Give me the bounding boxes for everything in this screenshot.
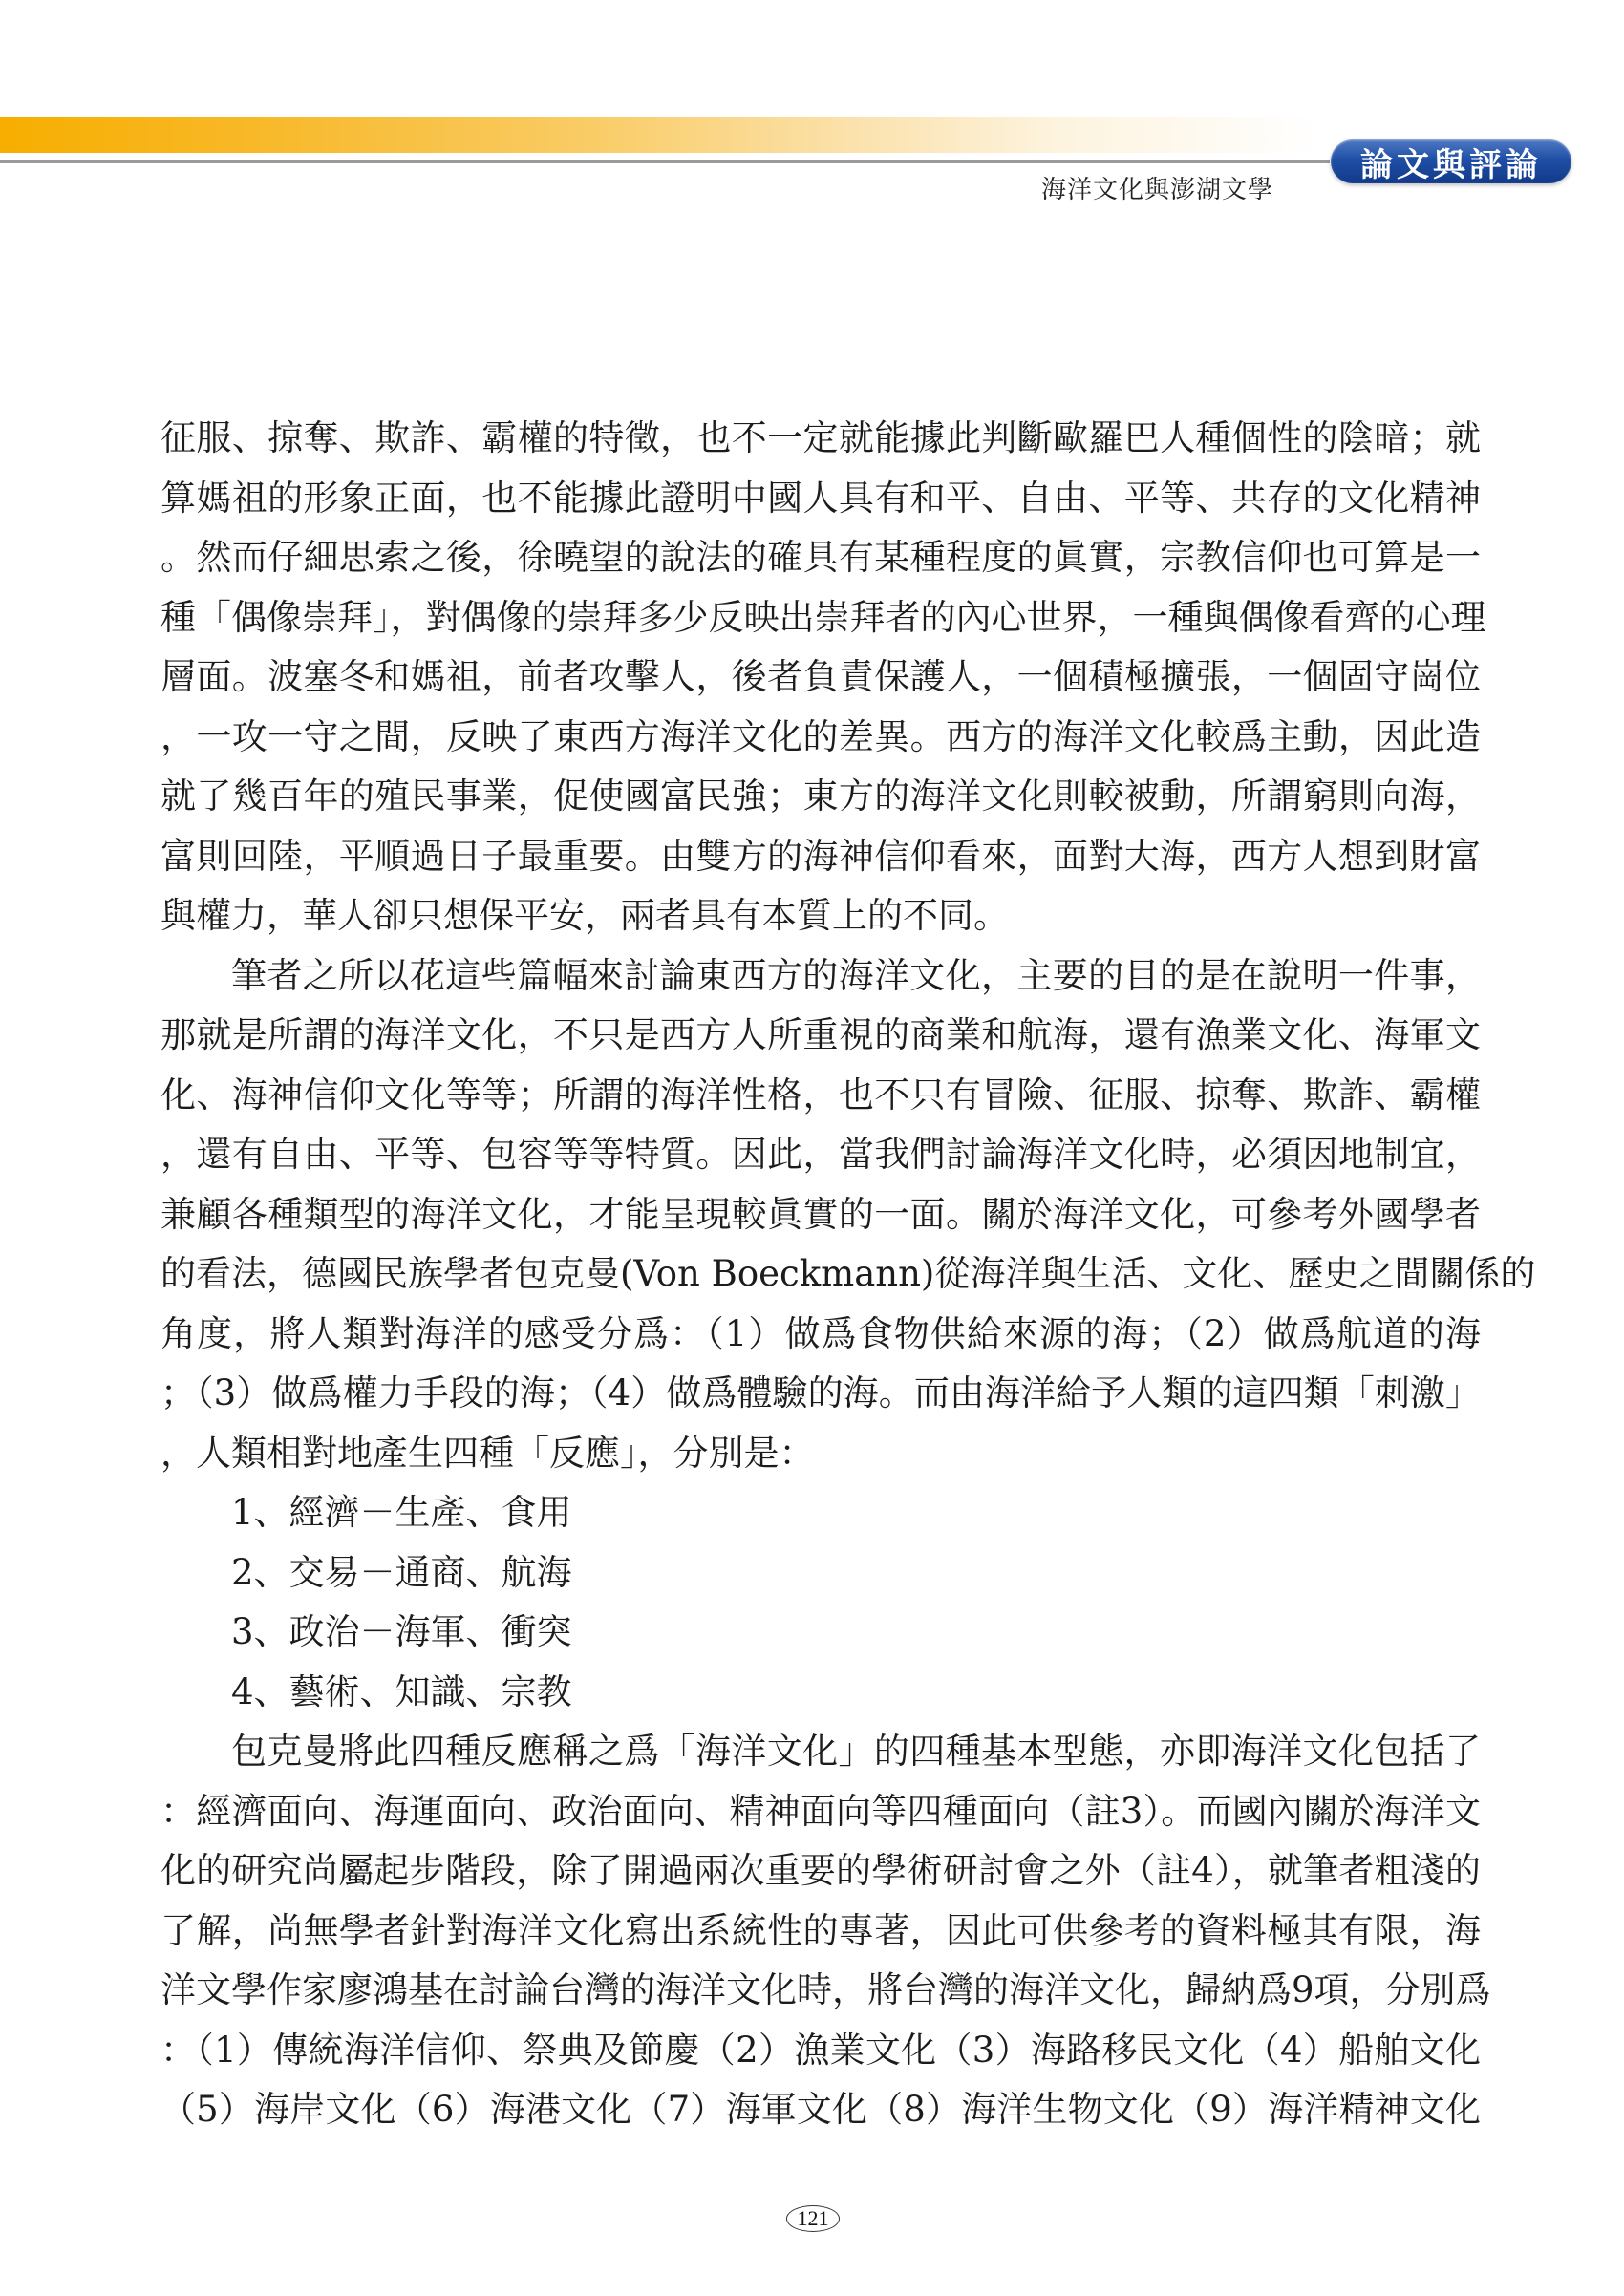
- text-line: 角度，將人類對海洋的感受分爲：（1）做爲食物供給來源的海；（2）做爲航道的海: [160, 1305, 1481, 1365]
- text-line: 了解，尚無學者針對海洋文化寫出系統性的專著，因此可供參考的資料極其有限，海: [160, 1902, 1481, 1962]
- text-line: 就了幾百年的殖民事業，促使國富民強；東方的海洋文化則較被動，所謂窮則向海，: [160, 767, 1481, 827]
- text-line: 。然而仔細思索之後，徐曉望的說法的確具有某種程度的眞實，宗教信仰也可算是一: [160, 528, 1481, 588]
- text-line: 化、海神信仰文化等等；所謂的海洋性格，也不只有冒險、征服、掠奪、欺詐、霸權: [160, 1066, 1481, 1126]
- text-line: 洋文學作家廖鴻基在討論台灣的海洋文化時，將台灣的海洋文化，歸納爲9項，分別爲: [160, 1961, 1481, 2021]
- header-decor-bar: [0, 117, 1318, 153]
- body-text: 征服、掠奪、欺詐、霸權的特徵，也不一定就能據此判斷歐羅巴人種個性的陰暗；就 算媽…: [160, 409, 1481, 2140]
- list-item: 4、藝術、知識、宗教: [160, 1663, 1481, 1723]
- text-line: ：（1）傳統海洋信仰、祭典及節慶（2）漁業文化（3）海路移民文化（4）船舶文化: [160, 2021, 1481, 2081]
- text-line: ；（3）做爲權力手段的海；（4）做爲體驗的海。而由海洋給予人類的這四類「刺激」: [160, 1364, 1481, 1424]
- list-item: 2、交易－通商、航海: [160, 1543, 1481, 1604]
- text-line: （5）海岸文化（6）海港文化（7）海軍文化（8）海洋生物文化（9）海洋精神文化: [160, 2080, 1481, 2140]
- text-line: 兼顧各種類型的海洋文化，才能呈現較眞實的一面。關於海洋文化，可參考外國學者: [160, 1185, 1481, 1245]
- text-line: ，一攻一守之間，反映了東西方海洋文化的差異。西方的海洋文化較爲主動，因此造: [160, 708, 1481, 768]
- list-item: 1、經濟－生產、食用: [160, 1483, 1481, 1543]
- section-badge-label: 論文與評論: [1360, 138, 1542, 185]
- running-title: 海洋文化與澎湖文學: [1041, 170, 1273, 205]
- text-line: ，還有自由、平等、包容等等特質。因此，當我們討論海洋文化時，必須因地制宜，: [160, 1125, 1481, 1185]
- section-badge: 論文與評論: [1331, 139, 1571, 183]
- page-number: 121: [786, 2205, 840, 2232]
- text-line: 那就是所謂的海洋文化，不只是西方人所重視的商業和航海，還有漁業文化、海軍文: [160, 1006, 1481, 1066]
- text-line: 與權力，華人卻只想保平安，兩者具有本質上的不同。: [160, 886, 1481, 946]
- text-line: 的看法，德國民族學者包克曼(Von Boeckmann)從海洋與生活、文化、歷史…: [160, 1244, 1481, 1305]
- text-line: 包克曼將此四種反應稱之爲「海洋文化」的四種基本型態，亦即海洋文化包括了: [160, 1722, 1481, 1782]
- text-line: 算媽祖的形象正面，也不能據此證明中國人具有和平、自由、平等、共存的文化精神: [160, 469, 1481, 529]
- text-line: 種「偶像崇拜」，對偶像的崇拜多少反映出崇拜者的內心世界，一種與偶像看齊的心理: [160, 588, 1481, 648]
- text-line: ：經濟面向、海運面向、政治面向、精神面向等四種面向（註3）。而國內關於海洋文: [160, 1782, 1481, 1842]
- text-line: 化的研究尚屬起步階段，除了開過兩次重要的學術研討會之外（註4），就筆者粗淺的: [160, 1841, 1481, 1902]
- text-line: 富則回陸，平順過日子最重要。由雙方的海神信仰看來，面對大海，西方人想到財富: [160, 827, 1481, 887]
- header-rule: [0, 160, 1330, 163]
- text-line: 層面。波塞冬和媽祖，前者攻擊人，後者負責保護人，一個積極擴張，一個固守崗位: [160, 648, 1481, 708]
- text-line: ，人類相對地產生四種「反應」，分別是：: [160, 1424, 1481, 1484]
- text-line: 征服、掠奪、欺詐、霸權的特徵，也不一定就能據此判斷歐羅巴人種個性的陰暗；就: [160, 409, 1481, 469]
- text-line: 筆者之所以花這些篇幅來討論東西方的海洋文化，主要的目的是在說明一件事，: [160, 946, 1481, 1007]
- list-item: 3、政治－海軍、衝突: [160, 1603, 1481, 1663]
